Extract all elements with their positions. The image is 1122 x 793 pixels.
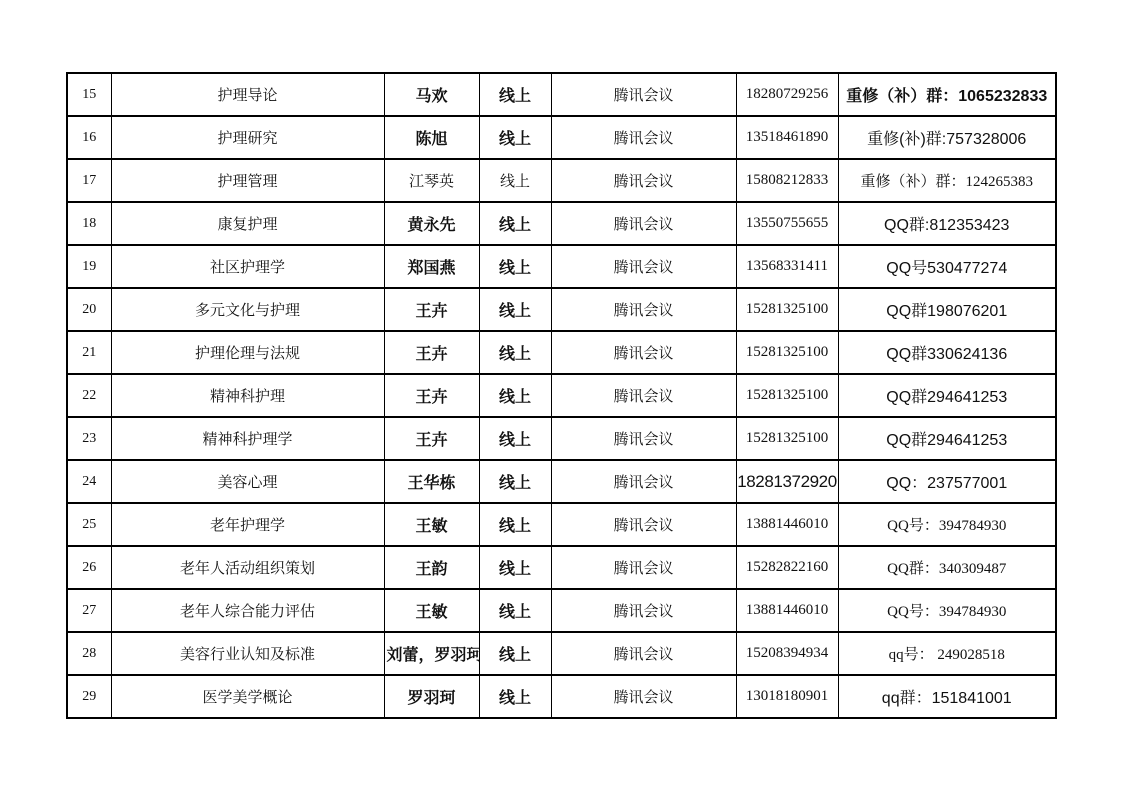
cell-row-number: 22: [67, 374, 111, 417]
cell-mode: 线上: [479, 374, 551, 417]
cell-row-number: 18: [67, 202, 111, 245]
cell-teacher-name: 马欢: [384, 73, 479, 116]
cell-phone: 13550755655: [736, 202, 838, 245]
cell-platform: 腾讯会议: [551, 417, 736, 460]
cell-phone: 15208394934: [736, 632, 838, 675]
cell-row-number: 21: [67, 331, 111, 374]
cell-teacher-name: 陈旭: [384, 116, 479, 159]
cell-mode: 线上: [479, 245, 551, 288]
cell-mode: 线上: [479, 73, 551, 116]
cell-teacher-name: 王卉: [384, 288, 479, 331]
cell-phone: 15281325100: [736, 417, 838, 460]
cell-mode: 线上: [479, 546, 551, 589]
table-row: 21护理伦理与法规王卉线上腾讯会议15281325100QQ群330624136: [67, 331, 1056, 374]
table-body: 15护理导论马欢线上腾讯会议18280729256重修（补）群：10652328…: [67, 73, 1056, 718]
cell-course-name: 美容行业认知及标准: [111, 632, 384, 675]
cell-row-number: 29: [67, 675, 111, 718]
cell-mode: 线上: [479, 675, 551, 718]
cell-mode: 线上: [479, 159, 551, 202]
cell-mode: 线上: [479, 116, 551, 159]
cell-mode: 线上: [479, 288, 551, 331]
cell-phone: 18281372920: [736, 460, 838, 503]
cell-phone: 15808212833: [736, 159, 838, 202]
table-row: 24美容心理王华栋线上腾讯会议18281372920QQ：237577001: [67, 460, 1056, 503]
table-row: 26老年人活动组织策划王韵线上腾讯会议15282822160QQ群：340309…: [67, 546, 1056, 589]
cell-platform: 腾讯会议: [551, 460, 736, 503]
cell-row-number: 25: [67, 503, 111, 546]
cell-teacher-name: 王韵: [384, 546, 479, 589]
cell-qq-info: qq号： 249028518: [838, 632, 1056, 675]
cell-mode: 线上: [479, 331, 551, 374]
cell-course-name: 多元文化与护理: [111, 288, 384, 331]
table-row: 19社区护理学郑国燕线上腾讯会议13568331411QQ号530477274: [67, 245, 1056, 288]
cell-row-number: 19: [67, 245, 111, 288]
cell-row-number: 17: [67, 159, 111, 202]
cell-qq-info: QQ群294641253: [838, 374, 1056, 417]
cell-course-name: 精神科护理学: [111, 417, 384, 460]
cell-platform: 腾讯会议: [551, 159, 736, 202]
cell-mode: 线上: [479, 417, 551, 460]
cell-mode: 线上: [479, 202, 551, 245]
cell-phone: 13568331411: [736, 245, 838, 288]
cell-teacher-name: 郑国燕: [384, 245, 479, 288]
cell-qq-info: QQ群294641253: [838, 417, 1056, 460]
cell-qq-info: qq群：151841001: [838, 675, 1056, 718]
cell-mode: 线上: [479, 503, 551, 546]
table-row: 25老年护理学王敏线上腾讯会议13881446010QQ号：394784930: [67, 503, 1056, 546]
cell-phone: 13881446010: [736, 503, 838, 546]
cell-phone: 13018180901: [736, 675, 838, 718]
cell-row-number: 28: [67, 632, 111, 675]
cell-phone: 15281325100: [736, 331, 838, 374]
cell-teacher-name: 江琴英: [384, 159, 479, 202]
table-row: 16护理研究陈旭线上腾讯会议13518461890重修(补)群:75732800…: [67, 116, 1056, 159]
cell-platform: 腾讯会议: [551, 116, 736, 159]
cell-course-name: 老年人综合能力评估: [111, 589, 384, 632]
cell-row-number: 20: [67, 288, 111, 331]
cell-platform: 腾讯会议: [551, 632, 736, 675]
cell-row-number: 24: [67, 460, 111, 503]
course-schedule-table: 15护理导论马欢线上腾讯会议18280729256重修（补）群：10652328…: [66, 72, 1057, 719]
cell-qq-info: QQ群330624136: [838, 331, 1056, 374]
cell-phone: 15282822160: [736, 546, 838, 589]
cell-qq-info: QQ号：394784930: [838, 503, 1056, 546]
cell-course-name: 美容心理: [111, 460, 384, 503]
cell-course-name: 老年护理学: [111, 503, 384, 546]
cell-teacher-name: 王卉: [384, 331, 479, 374]
cell-platform: 腾讯会议: [551, 73, 736, 116]
cell-qq-info: QQ号：394784930: [838, 589, 1056, 632]
page: { "page": { "background": "#ffffff", "te…: [0, 0, 1122, 793]
cell-platform: 腾讯会议: [551, 374, 736, 417]
cell-course-name: 护理伦理与法规: [111, 331, 384, 374]
cell-course-name: 护理研究: [111, 116, 384, 159]
cell-row-number: 26: [67, 546, 111, 589]
cell-platform: 腾讯会议: [551, 675, 736, 718]
cell-row-number: 16: [67, 116, 111, 159]
table-row: 28美容行业认知及标准刘蕾，罗羽珂线上腾讯会议15208394934qq号： 2…: [67, 632, 1056, 675]
cell-course-name: 医学美学概论: [111, 675, 384, 718]
cell-row-number: 27: [67, 589, 111, 632]
cell-course-name: 精神科护理: [111, 374, 384, 417]
cell-row-number: 15: [67, 73, 111, 116]
table-row: 17护理管理江琴英线上腾讯会议15808212833重修（补）群：1242653…: [67, 159, 1056, 202]
cell-phone: 13518461890: [736, 116, 838, 159]
cell-qq-info: QQ群：340309487: [838, 546, 1056, 589]
cell-qq-info: 重修(补)群:757328006: [838, 116, 1056, 159]
table-row: 29医学美学概论罗羽珂线上腾讯会议13018180901qq群：15184100…: [67, 675, 1056, 718]
cell-teacher-name: 王华栋: [384, 460, 479, 503]
cell-teacher-name: 黄永先: [384, 202, 479, 245]
table-row: 18康复护理黄永先线上腾讯会议13550755655QQ群:812353423: [67, 202, 1056, 245]
cell-teacher-name: 王敏: [384, 589, 479, 632]
cell-course-name: 老年人活动组织策划: [111, 546, 384, 589]
cell-qq-info: QQ群:812353423: [838, 202, 1056, 245]
cell-platform: 腾讯会议: [551, 245, 736, 288]
cell-teacher-name: 刘蕾，罗羽珂: [384, 632, 479, 675]
cell-teacher-name: 王卉: [384, 374, 479, 417]
table-row: 22精神科护理王卉线上腾讯会议15281325100QQ群294641253: [67, 374, 1056, 417]
cell-teacher-name: 王卉: [384, 417, 479, 460]
cell-mode: 线上: [479, 589, 551, 632]
cell-phone: 13881446010: [736, 589, 838, 632]
cell-mode: 线上: [479, 632, 551, 675]
table-row: 15护理导论马欢线上腾讯会议18280729256重修（补）群：10652328…: [67, 73, 1056, 116]
cell-qq-info: QQ号530477274: [838, 245, 1056, 288]
cell-platform: 腾讯会议: [551, 288, 736, 331]
cell-platform: 腾讯会议: [551, 202, 736, 245]
cell-teacher-name: 罗羽珂: [384, 675, 479, 718]
table-row: 23精神科护理学王卉线上腾讯会议15281325100QQ群294641253: [67, 417, 1056, 460]
cell-platform: 腾讯会议: [551, 503, 736, 546]
cell-phone: 18280729256: [736, 73, 838, 116]
cell-teacher-name: 王敏: [384, 503, 479, 546]
cell-course-name: 康复护理: [111, 202, 384, 245]
cell-platform: 腾讯会议: [551, 589, 736, 632]
cell-qq-info: 重修（补）群：124265383: [838, 159, 1056, 202]
table-row: 20多元文化与护理王卉线上腾讯会议15281325100QQ群198076201: [67, 288, 1056, 331]
cell-qq-info: QQ群198076201: [838, 288, 1056, 331]
cell-row-number: 23: [67, 417, 111, 460]
cell-phone: 15281325100: [736, 374, 838, 417]
cell-qq-info: 重修（补）群：1065232833: [838, 73, 1056, 116]
table-row: 27老年人综合能力评估王敏线上腾讯会议13881446010QQ号：394784…: [67, 589, 1056, 632]
cell-course-name: 护理导论: [111, 73, 384, 116]
cell-platform: 腾讯会议: [551, 331, 736, 374]
cell-phone: 15281325100: [736, 288, 838, 331]
cell-mode: 线上: [479, 460, 551, 503]
cell-platform: 腾讯会议: [551, 546, 736, 589]
cell-qq-info: QQ：237577001: [838, 460, 1056, 503]
cell-course-name: 社区护理学: [111, 245, 384, 288]
cell-course-name: 护理管理: [111, 159, 384, 202]
